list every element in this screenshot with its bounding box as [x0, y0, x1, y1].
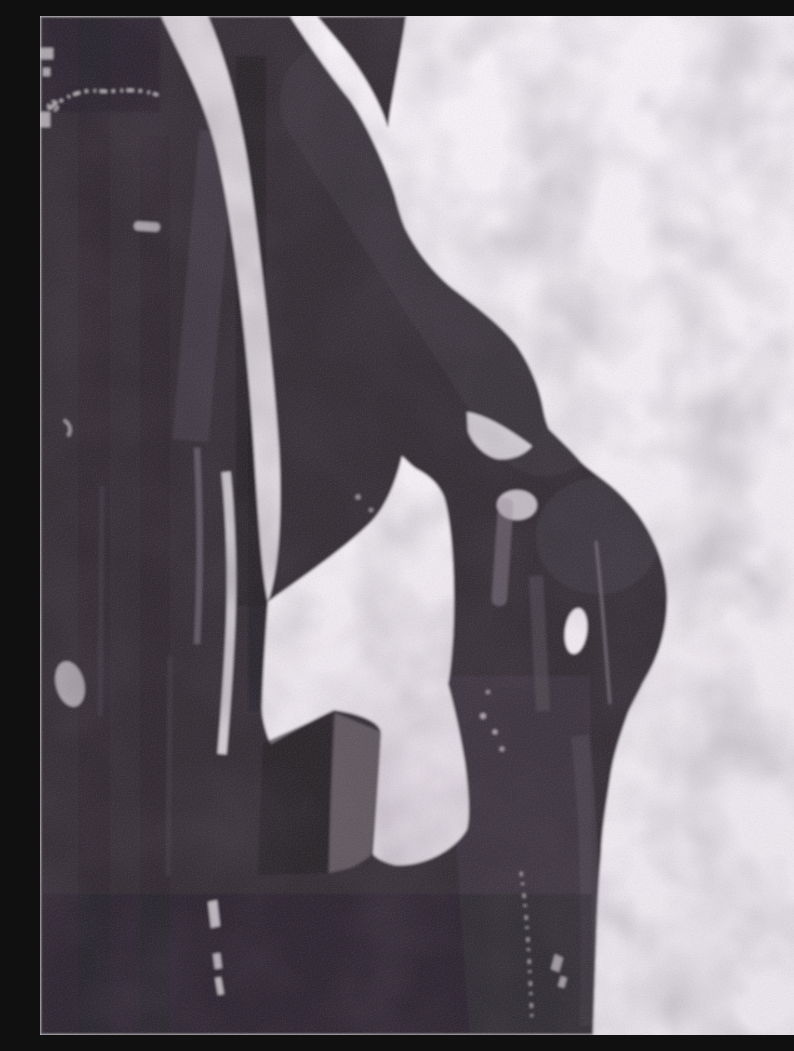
film-grain-dark [40, 16, 794, 1035]
statue-photograph: Black and white close-up photograph of a… [40, 16, 794, 1035]
photo-canvas [40, 16, 794, 1035]
